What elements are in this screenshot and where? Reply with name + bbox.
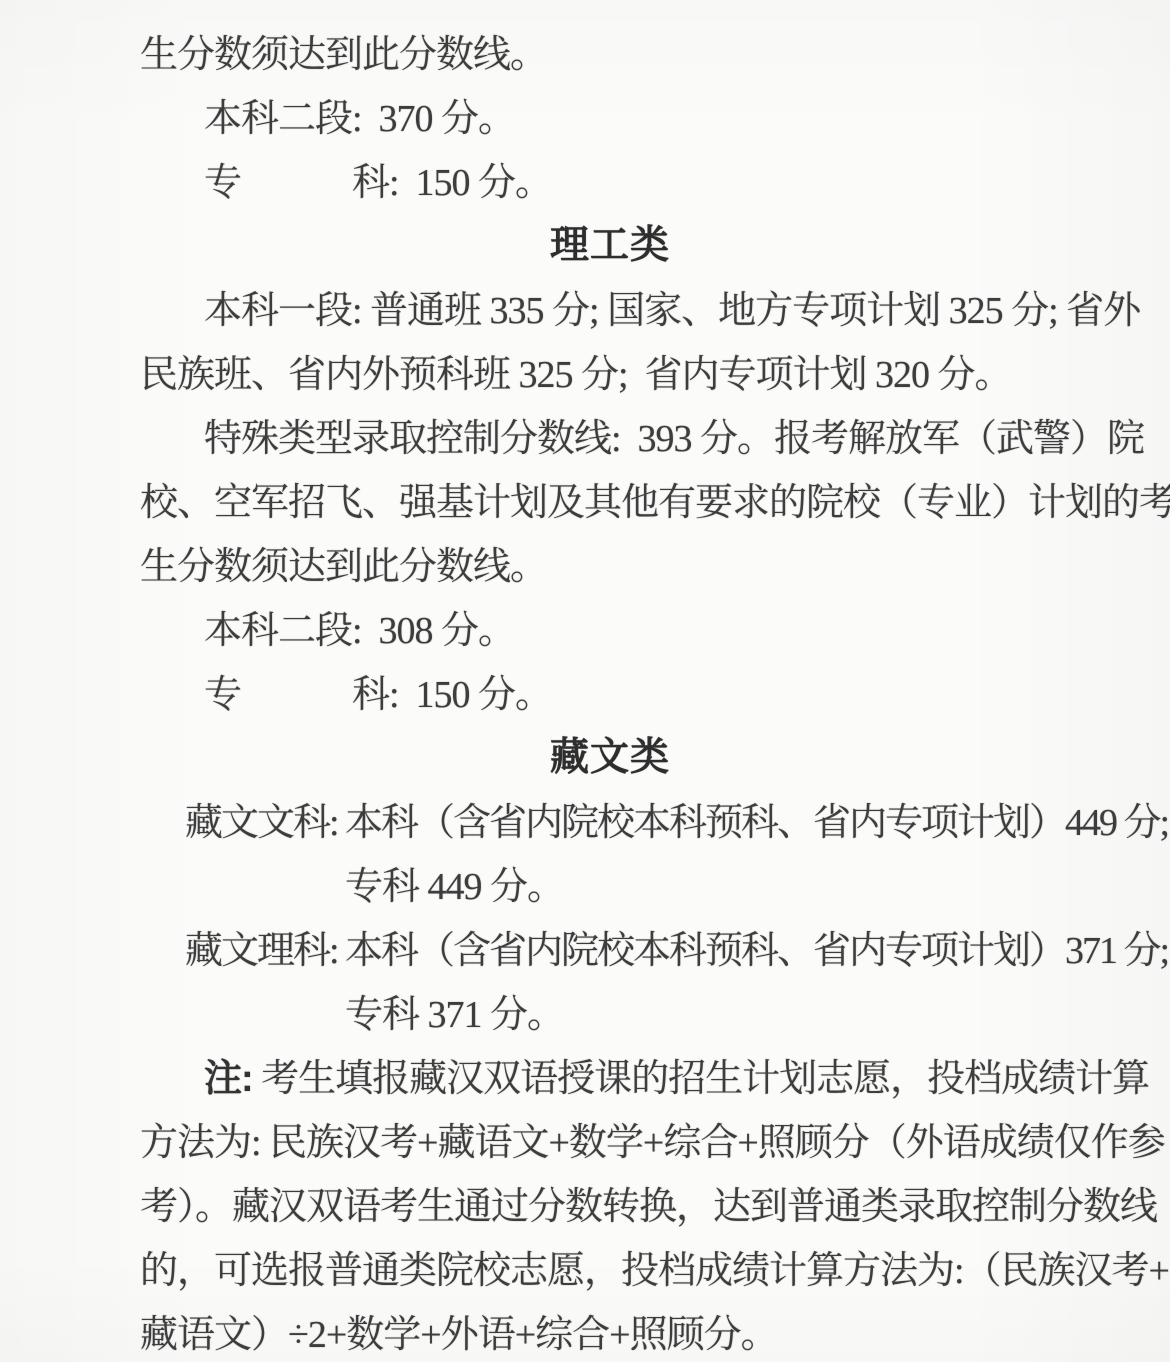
line-ligong-teshu-3: 生分数须达到此分数线。 — [140, 530, 1080, 594]
line-note-4: 的，可选报普通类院校志愿，投档成绩计算方法为:（民族汉考+ — [140, 1234, 1080, 1298]
line-wenshi-zhuanke: 专 科: 150 分。 — [140, 146, 1080, 210]
line-ligong-teshu-1: 特殊类型录取控制分数线: 393 分。报考解放军（武警）院 — [140, 402, 1080, 466]
line-wenshi-benke-erduan: 本科二段: 370 分。 — [140, 82, 1080, 146]
line-wenshi-tail: 生分数须达到此分数线。 — [140, 18, 1080, 82]
line-zangwen-like-2: 专科 371 分。 — [140, 978, 1080, 1042]
document-content: 生分数须达到此分数线。 本科二段: 370 分。 专 科: 150 分。 理工类… — [0, 0, 1170, 1362]
note-line1-text: 考生填报藏汉双语授课的招生计划志愿，投档成绩计算 — [253, 1047, 1150, 1102]
line-zangwen-wenke-1: 藏文文科: 本科（含省内院校本科预科、省内专项计划）449 分; — [140, 786, 1080, 850]
line-note-2: 方法为: 民族汉考+藏语文+数学+综合+照顾分（外语成绩仅作参 — [140, 1106, 1080, 1170]
line-ligong-benke-erduan: 本科二段: 308 分。 — [140, 594, 1080, 658]
line-note-3: 考）。藏汉双语考生通过分数转换，达到普通类录取控制分数线 — [140, 1170, 1080, 1234]
line-ligong-benke-yiduan-2: 民族班、省内外预科班 325 分; 省内专项计划 320 分。 — [140, 338, 1080, 402]
line-ligong-benke-yiduan-1: 本科一段: 普通班 335 分; 国家、地方专项计划 325 分; 省外 — [140, 274, 1080, 338]
document-page: 生分数须达到此分数线。 本科二段: 370 分。 专 科: 150 分。 理工类… — [0, 0, 1170, 1362]
note-label: 注: — [204, 1047, 253, 1102]
line-zangwen-like-1: 藏文理科: 本科（含省内院校本科预科、省内专项计划）371 分; — [140, 914, 1080, 978]
line-note-1: 注: 考生填报藏汉双语授课的招生计划志愿，投档成绩计算 — [140, 1042, 1080, 1106]
line-zangwen-wenke-2: 专科 449 分。 — [140, 850, 1080, 914]
section-heading-zangwen: 藏文类 — [140, 722, 1080, 786]
line-ligong-teshu-2: 校、空军招飞、强基计划及其他有要求的院校（专业）计划的考 — [140, 466, 1080, 530]
line-ligong-zhuanke: 专 科: 150 分。 — [140, 658, 1080, 722]
section-heading-ligong: 理工类 — [140, 210, 1080, 274]
line-note-5: 藏语文）÷2+数学+外语+综合+照顾分。 — [140, 1298, 1080, 1362]
